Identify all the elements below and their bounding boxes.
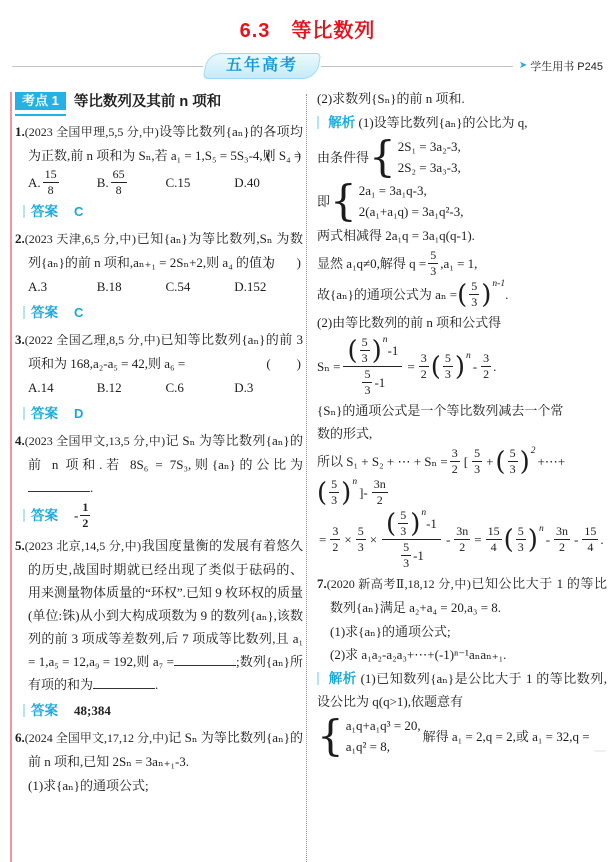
fraction: 658 xyxy=(111,168,127,197)
solution-tick xyxy=(317,672,319,685)
problem-text-tail: . xyxy=(90,480,93,495)
student-book-ref: ➤ 学生用书 P245 xyxy=(519,58,603,74)
band-line-right xyxy=(321,66,512,67)
general-term-line: 故{aₙ}的通项公式为 aₙ = ( 53 ) n-1 . xyxy=(317,280,607,309)
system-rows: 2S₁ = 3a₂-3, 2S₂ = 3a₃-3, xyxy=(398,136,461,178)
left-brace: { xyxy=(369,136,396,178)
fraction: 53 xyxy=(329,478,339,507)
left-brace: { xyxy=(317,715,344,757)
problem-number: 3. xyxy=(15,332,25,347)
option-b: B.12 xyxy=(97,376,166,399)
answer-tick xyxy=(23,306,25,319)
answer-value: D xyxy=(74,402,83,425)
minus-sign: - xyxy=(574,528,578,551)
exponent: n xyxy=(383,329,388,352)
option-a: A. 158 xyxy=(28,168,97,197)
part2-line: (2)由等比数列的前 n 项和公式得 xyxy=(317,311,607,334)
system-rows: 2a₁ = 3a₁q-3, 2(a₁+a₁q) = 3a₁q²-3, xyxy=(359,180,464,222)
plus-sign: + xyxy=(486,450,493,473)
answer-row-3: 答案 D xyxy=(15,401,303,425)
equation: a₁q+a₁q³ = 20, xyxy=(346,715,421,736)
solution-6: 解析 (1)设等比数列{aₙ}的公比为 q, xyxy=(317,111,607,134)
kaodian-badge-wrap: 考点 1 xyxy=(15,89,66,116)
option-d: D.40 xyxy=(234,171,303,194)
paren-fraction-power: ( 53 ) n xyxy=(317,478,357,507)
blank-line xyxy=(93,675,155,689)
options-row-2: A.3 B.18 C.54 D.152 xyxy=(15,275,303,298)
options-row-1: A. 158 B. 658 C.15 D.40 xyxy=(15,168,303,197)
big-fraction: ( 53 ) n -1 53 -1 xyxy=(343,336,402,397)
right-bracket-minus: ]- xyxy=(359,481,368,504)
answer-row-4: 答案 - 12 xyxy=(15,501,303,530)
band-line-left xyxy=(12,66,203,67)
problem-7-part2: (2)求 a₁a₂-a₂a₃+⋯+(-1)ⁿ⁻¹aₙaₙ₊₁. xyxy=(317,643,607,666)
equation: a₁q² = 8, xyxy=(346,736,421,757)
fraction: 154 xyxy=(486,525,502,554)
fraction: 3n2 xyxy=(372,478,388,507)
times-sign: × xyxy=(370,528,377,551)
blank-line xyxy=(174,652,236,666)
problem-source: (2024 全国甲文,17,12 分,中) xyxy=(25,731,168,745)
paren-fraction-power: ( 53 ) n-1 xyxy=(457,280,505,309)
answer-value: C xyxy=(74,301,83,324)
problem-source: (2022 全国乙理,8,5 分,中) xyxy=(25,333,160,347)
equation-system: { 2a₁ = 3a₁q-3, 2(a₁+a₁q) = 3a₁q²-3, xyxy=(330,180,463,222)
problem-6-part1: (1)求{aₙ}的通项公式; xyxy=(15,774,303,797)
fraction: 53 xyxy=(508,447,518,476)
fraction: 154 xyxy=(582,525,598,554)
exponent: 2 xyxy=(531,440,536,463)
problem-7-part1: (1)求{aₙ}的通项公式; xyxy=(317,620,607,643)
answer-label: 答案 xyxy=(31,200,58,223)
minus-sign: - xyxy=(446,528,450,551)
option-d: D.152 xyxy=(234,275,303,298)
solution-label: 解析 xyxy=(329,671,357,686)
problem-3: 3.(2022 全国乙理,8,5 分,中)已知等比数列{aₙ}的前 3 项和为 … xyxy=(15,328,303,375)
sum-pre: 所以 S₁ + S₂ + ⋯ + Sₙ = xyxy=(317,450,448,473)
fraction: 53 xyxy=(469,280,479,309)
fraction: 53 xyxy=(356,525,366,554)
answer-row-2: 答案 C xyxy=(15,300,303,324)
equals: = xyxy=(474,528,481,551)
answer-row-1: 答案 C xyxy=(15,199,303,223)
fraction: 53 xyxy=(516,525,526,554)
period: . xyxy=(493,355,496,378)
system-rows: a₁q+a₁q³ = 20, a₁q² = 8, xyxy=(346,715,421,757)
fraction: 32 xyxy=(419,352,429,381)
option-b: B. 658 xyxy=(97,168,166,197)
period: . xyxy=(505,283,508,306)
paren-fraction-power: ( 53 ) n xyxy=(386,509,426,538)
problem-5: 5.(2023 北京,14,5 分,中)我国度量衡的发展有着悠久的历史,战国时期… xyxy=(15,534,303,696)
answer-value: C xyxy=(74,200,83,223)
right-column: (2)求数列{Sₙ}的前 n 项和. 解析 (1)设等比数列{aₙ}的公比为 q… xyxy=(317,87,607,797)
blank-line xyxy=(28,478,90,492)
fraction: 32 xyxy=(450,447,460,476)
fraction: 53 xyxy=(428,249,438,278)
kaodian-header: 考点 1 等比数列及其前 n 项和 xyxy=(15,89,303,116)
condition-system: 由条件得 { 2S₁ = 3a₂-3, 2S₂ = 3a₃-3, xyxy=(317,136,607,178)
period: . xyxy=(600,528,603,551)
left-brace: { xyxy=(330,180,357,222)
left-bracket: [ xyxy=(464,450,468,473)
problem-source: (2023 北京,14,5 分,中) xyxy=(25,539,141,553)
fraction: 53 xyxy=(443,352,453,381)
paren-fraction-power: ( 53 ) n xyxy=(431,352,471,381)
fraction: 53 xyxy=(362,368,372,397)
solution-text: (1)已知数列{aₙ}是公比大于 1 的等比数列,设公比为 q(q>1),依题意… xyxy=(317,671,607,709)
p7-system-line: { a₁q+a₁q³ = 20, a₁q² = 8, 解得 a₁ = 2,q =… xyxy=(317,715,607,757)
equation: 2a₁ = 3a₁q-3, xyxy=(359,180,464,201)
answer-label: 答案 xyxy=(31,699,58,722)
problem-text-tail: . xyxy=(155,677,158,692)
equation-system: { a₁q+a₁q³ = 20, a₁q² = 8, xyxy=(317,715,421,757)
page-title: 6.3 等比数列 xyxy=(0,14,615,43)
answer-tick xyxy=(23,509,25,522)
fraction: 53 xyxy=(472,447,482,476)
option-c: C.15 xyxy=(166,171,235,194)
column-divider xyxy=(306,94,307,862)
problem-source: (2023 全国甲文,13,5 分,中) xyxy=(25,434,165,448)
section-band: 五年高考 ➤ 学生用书 P245 xyxy=(12,53,603,79)
derived-system: 即 { 2a₁ = 3a₁q-3, 2(a₁+a₁q) = 3a₁q²-3, xyxy=(317,180,607,222)
paren-fraction-power: ( 53 ) n xyxy=(347,336,387,365)
ji-label: 即 xyxy=(317,190,330,213)
problem-7: 7.(2020 新高考Ⅱ,18,12 分,中)已知公比大于 1 的等比数列{aₙ… xyxy=(317,572,607,619)
solution-text: (1)设等比数列{aₙ}的公比为 q, xyxy=(359,115,528,130)
answer-label: 答案 xyxy=(31,402,58,425)
subtract-line: 两式相减得 2a₁q = 3a₁q(q-1). xyxy=(317,224,607,247)
general-term-pre: 故{aₙ}的通项公式为 aₙ = xyxy=(317,283,457,306)
equation: 2S₂ = 3a₃-3, xyxy=(398,157,461,178)
student-book-label: 学生用书 P245 xyxy=(530,58,603,74)
p7-solve-text: 解得 a₁ = 2,q = 2,或 a₁ = 32,q = xyxy=(423,725,590,748)
minus-one: -1 xyxy=(426,512,437,535)
fraction: 32 xyxy=(330,525,340,554)
condition-label: 由条件得 xyxy=(317,146,369,169)
minus-sign: - xyxy=(473,355,477,378)
problem-source: (2020 新高考Ⅱ,18,12 分,中) xyxy=(327,577,471,591)
fraction: 53 xyxy=(401,541,411,570)
fraction: 53 xyxy=(398,509,408,538)
minus-one: -1 xyxy=(374,371,385,394)
exponent: n-1 xyxy=(492,273,505,296)
note-line-1: {Sₙ}的通项公式是一个等比数列减去一个常 xyxy=(317,399,607,422)
problem-number: 5. xyxy=(15,538,25,553)
solve-pre: 显然 a₁q≠0,解得 q = xyxy=(317,252,426,275)
problem-source: (2023 天津,6,5 分,中) xyxy=(25,232,136,246)
problem-6-part2: (2)求数列{Sₙ}的前 n 项和. xyxy=(317,87,607,110)
problem-number: 2. xyxy=(15,231,25,246)
kaodian-title: 等比数列及其前 n 项和 xyxy=(74,91,221,114)
five-year-gaokao-badge: 五年高考 xyxy=(203,53,322,79)
choice-bracket: ( ) xyxy=(266,144,301,167)
exponent: n xyxy=(421,502,426,525)
solution-label: 解析 xyxy=(328,115,355,130)
option-c: C.54 xyxy=(166,275,235,298)
content-columns: 考点 1 等比数列及其前 n 项和 1.(2023 全国甲理,5,5 分,中)设… xyxy=(0,87,615,797)
equals: = xyxy=(407,355,414,378)
problem-number: 6. xyxy=(15,730,25,745)
badge-label: 五年高考 xyxy=(226,58,298,74)
answer-tick xyxy=(23,205,25,218)
equation: 2S₁ = 3a₂-3, xyxy=(398,136,461,157)
option-a: A.3 xyxy=(28,275,97,298)
big-fraction: ( 53 ) n -1 53 -1 xyxy=(382,509,441,570)
answer-label: 答案 xyxy=(31,504,58,527)
equals: = xyxy=(319,528,326,551)
problem-4: 4.(2023 全国甲文,13,5 分,中)记 Sₙ 为等比数列{aₙ}的前 n… xyxy=(15,429,303,499)
answer-value: 48;384 xyxy=(74,699,111,722)
option-label: A. xyxy=(28,171,41,194)
sum-line-1: 所以 S₁ + S₂ + ⋯ + Sₙ = 32 [ 53 + ( 53 ) 2… xyxy=(317,447,607,476)
left-column: 考点 1 等比数列及其前 n 项和 1.(2023 全国甲理,5,5 分,中)设… xyxy=(15,87,303,797)
minus-sign: - xyxy=(74,504,78,527)
sn-label: Sₙ = xyxy=(317,355,340,378)
option-a: A.14 xyxy=(28,376,97,399)
kaodian-badge: 考点 1 xyxy=(15,92,66,110)
problem-number: 1. xyxy=(15,124,25,139)
solution-tick xyxy=(317,116,319,129)
problem-1: 1.(2023 全国甲理,5,5 分,中)设等比数列{aₙ}的各项均为正数,前 … xyxy=(15,120,303,167)
minus-sign: - xyxy=(546,528,550,551)
fraction: 53 xyxy=(360,336,370,365)
equation: 2(a₁+a₁q) = 3a₁q²-3, xyxy=(359,201,464,222)
paren-fraction-power: ( 53 ) n xyxy=(504,525,544,554)
problem-6: 6.(2024 全国甲文,17,12 分,中)记 Sₙ 为等比数列{aₙ}的前 … xyxy=(15,726,303,773)
wavy-underline xyxy=(594,748,607,754)
arrow-icon: ➤ xyxy=(519,61,527,71)
problem-source: (2023 全国甲理,5,5 分,中) xyxy=(25,125,159,139)
sn-formula-line: Sₙ = ( 53 ) n -1 53 -1 xyxy=(317,336,607,397)
fraction: 158 xyxy=(43,168,59,197)
fraction: 32 xyxy=(481,352,491,381)
option-c: C.6 xyxy=(166,376,235,399)
sum-line-3: = 32 × 53 × ( 53 ) n -1 xyxy=(317,509,607,570)
minus-one: -1 xyxy=(388,339,399,362)
choice-bracket: ( ) xyxy=(266,352,301,375)
answer-tick xyxy=(23,704,25,717)
problem-number: 7. xyxy=(317,576,327,591)
exponent: n xyxy=(466,345,471,368)
plus-dots: +⋯+ xyxy=(537,450,565,473)
exponent: n xyxy=(539,518,544,541)
choice-bracket: ( ) xyxy=(266,251,301,274)
fraction: 3n2 xyxy=(454,525,470,554)
minus-one: -1 xyxy=(413,544,424,567)
exponent: n xyxy=(352,471,357,494)
sum-line-2: ( 53 ) n ]- 3n2 xyxy=(317,478,607,507)
options-row-3: A.14 B.12 C.6 D.3 xyxy=(15,376,303,399)
solution-7: 解析 (1)已知数列{aₙ}是公比大于 1 的等比数列,设公比为 q(q>1),… xyxy=(317,667,607,713)
problem-text: 我国度量衡的发展有着悠久的历史,战国时期就已经出现了类似于砝码的、用来测量物体质… xyxy=(28,538,303,669)
times-sign: × xyxy=(344,528,351,551)
paren-fraction-power: ( 53 ) 2 xyxy=(495,447,535,476)
answer-tick xyxy=(23,407,25,420)
problem-number: 4. xyxy=(15,433,25,448)
fraction: 3n2 xyxy=(554,525,570,554)
solve-line: 显然 a₁q≠0,解得 q = 53 ,a₁ = 1, xyxy=(317,249,607,278)
answer-value: - 12 xyxy=(74,501,92,530)
answer-label: 答案 xyxy=(31,301,58,324)
problem-2: 2.(2023 天津,6,5 分,中)已知{aₙ}为等比数列,Sₙ 为数列{aₙ… xyxy=(15,227,303,274)
equation-system: { 2S₁ = 3a₂-3, 2S₂ = 3a₃-3, xyxy=(369,136,461,178)
fraction: 12 xyxy=(80,501,90,530)
solve-post: ,a₁ = 1, xyxy=(440,252,477,275)
textbook-page: 6.3 等比数列 五年高考 ➤ 学生用书 P245 考点 1 等比数列及其前 n… xyxy=(0,0,615,862)
option-d: D.3 xyxy=(234,376,303,399)
left-margin-rule xyxy=(10,92,12,862)
option-b: B.18 xyxy=(97,275,166,298)
answer-row-5: 答案 48;384 xyxy=(15,698,303,722)
note-line-2: 数的形式, xyxy=(317,422,607,445)
option-label: B. xyxy=(97,171,109,194)
